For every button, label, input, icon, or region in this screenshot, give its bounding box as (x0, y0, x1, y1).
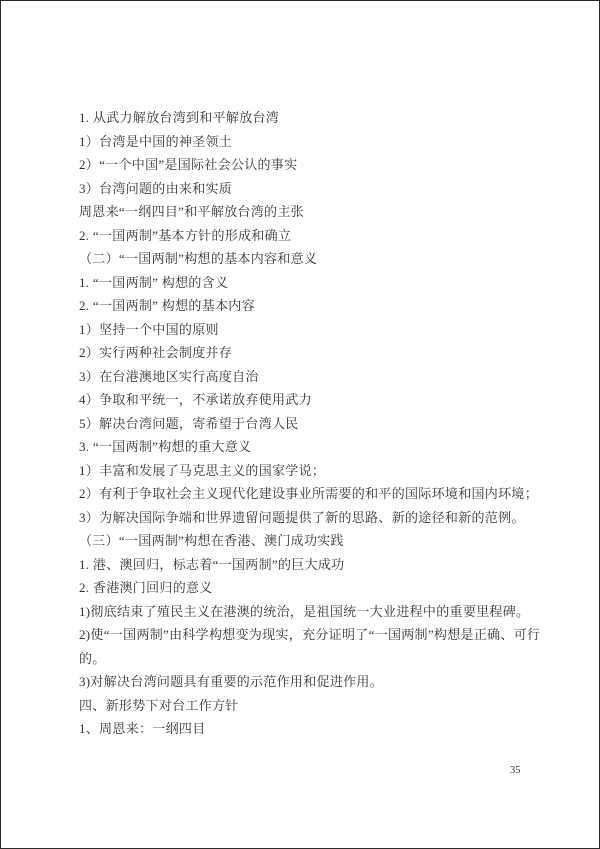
outline-line: 3）为解决国际争端和世界遗留问题提供了新的思路、新的途径和新的范例。 (79, 506, 549, 530)
document-page: 1. 从武力解放台湾到和平解放台湾 1）台湾是中国的神圣领土 2）“一个中国”是… (0, 0, 600, 849)
outline-line: 1)彻底结束了殖民主义在港澳的统治，是祖国统一大业进程中的重要里程碑。 (79, 600, 549, 624)
outline-line: （二）“一国两制”构想的基本内容和意义 (79, 247, 549, 271)
outline-line: 5）解决台湾问题，寄希望于台湾人民 (79, 412, 549, 436)
outline-line: 3)对解决台湾问题具有重要的示范作用和促进作用。 (79, 670, 549, 694)
outline-line: （三）“一国两制”构想在香港、澳门成功实践 (79, 529, 549, 553)
outline-line: 1）台湾是中国的神圣领土 (79, 130, 549, 154)
outline-line: 1. 港、澳回归，标志着“一国两制”的巨大成功 (79, 553, 549, 577)
outline-line: 3. “一国两制”构想的重大意义 (79, 435, 549, 459)
outline-line: 周恩来“一纲四目”和平解放台湾的主张 (79, 200, 549, 224)
outline-text-block: 1. 从武力解放台湾到和平解放台湾 1）台湾是中国的神圣领土 2）“一个中国”是… (79, 106, 549, 741)
outline-line: 2. “一国两制” 构想的基本内容 (79, 294, 549, 318)
outline-line: 1. 从武力解放台湾到和平解放台湾 (79, 106, 549, 130)
outline-line: 2）有利于争取社会主义现代化建设事业所需要的和平的国际环境和国内环境； (79, 482, 549, 506)
outline-line: 3）在台港澳地区实行高度自治 (79, 365, 549, 389)
outline-line: 四、新形势下对台工作方针 (79, 694, 549, 718)
outline-line: 1. “一国两制” 构想的含义 (79, 271, 549, 295)
outline-line: 2)使“一国两制”由科学构想变为现实，充分证明了“一国两制”构想是正确、可行 (79, 623, 549, 647)
outline-line: 2. 香港澳门回归的意义 (79, 576, 549, 600)
outline-line: 1）丰富和发展了马克思主义的国家学说； (79, 459, 549, 483)
outline-line: 1）坚持一个中国的原则 (79, 318, 549, 342)
outline-line: 2）实行两种社会制度并存 (79, 341, 549, 365)
outline-line: 2. “一国两制”基本方针的形成和确立 (79, 224, 549, 248)
outline-line: 1、周恩来：一纲四目 (79, 717, 549, 741)
page-number: 35 (510, 765, 521, 776)
outline-line: 的。 (79, 647, 549, 671)
outline-line: 3）台湾问题的由来和实质 (79, 177, 549, 201)
outline-line: 2）“一个中国”是国际社会公认的事实 (79, 153, 549, 177)
outline-line: 4）争取和平统一，不承诺放弃使用武力 (79, 388, 549, 412)
